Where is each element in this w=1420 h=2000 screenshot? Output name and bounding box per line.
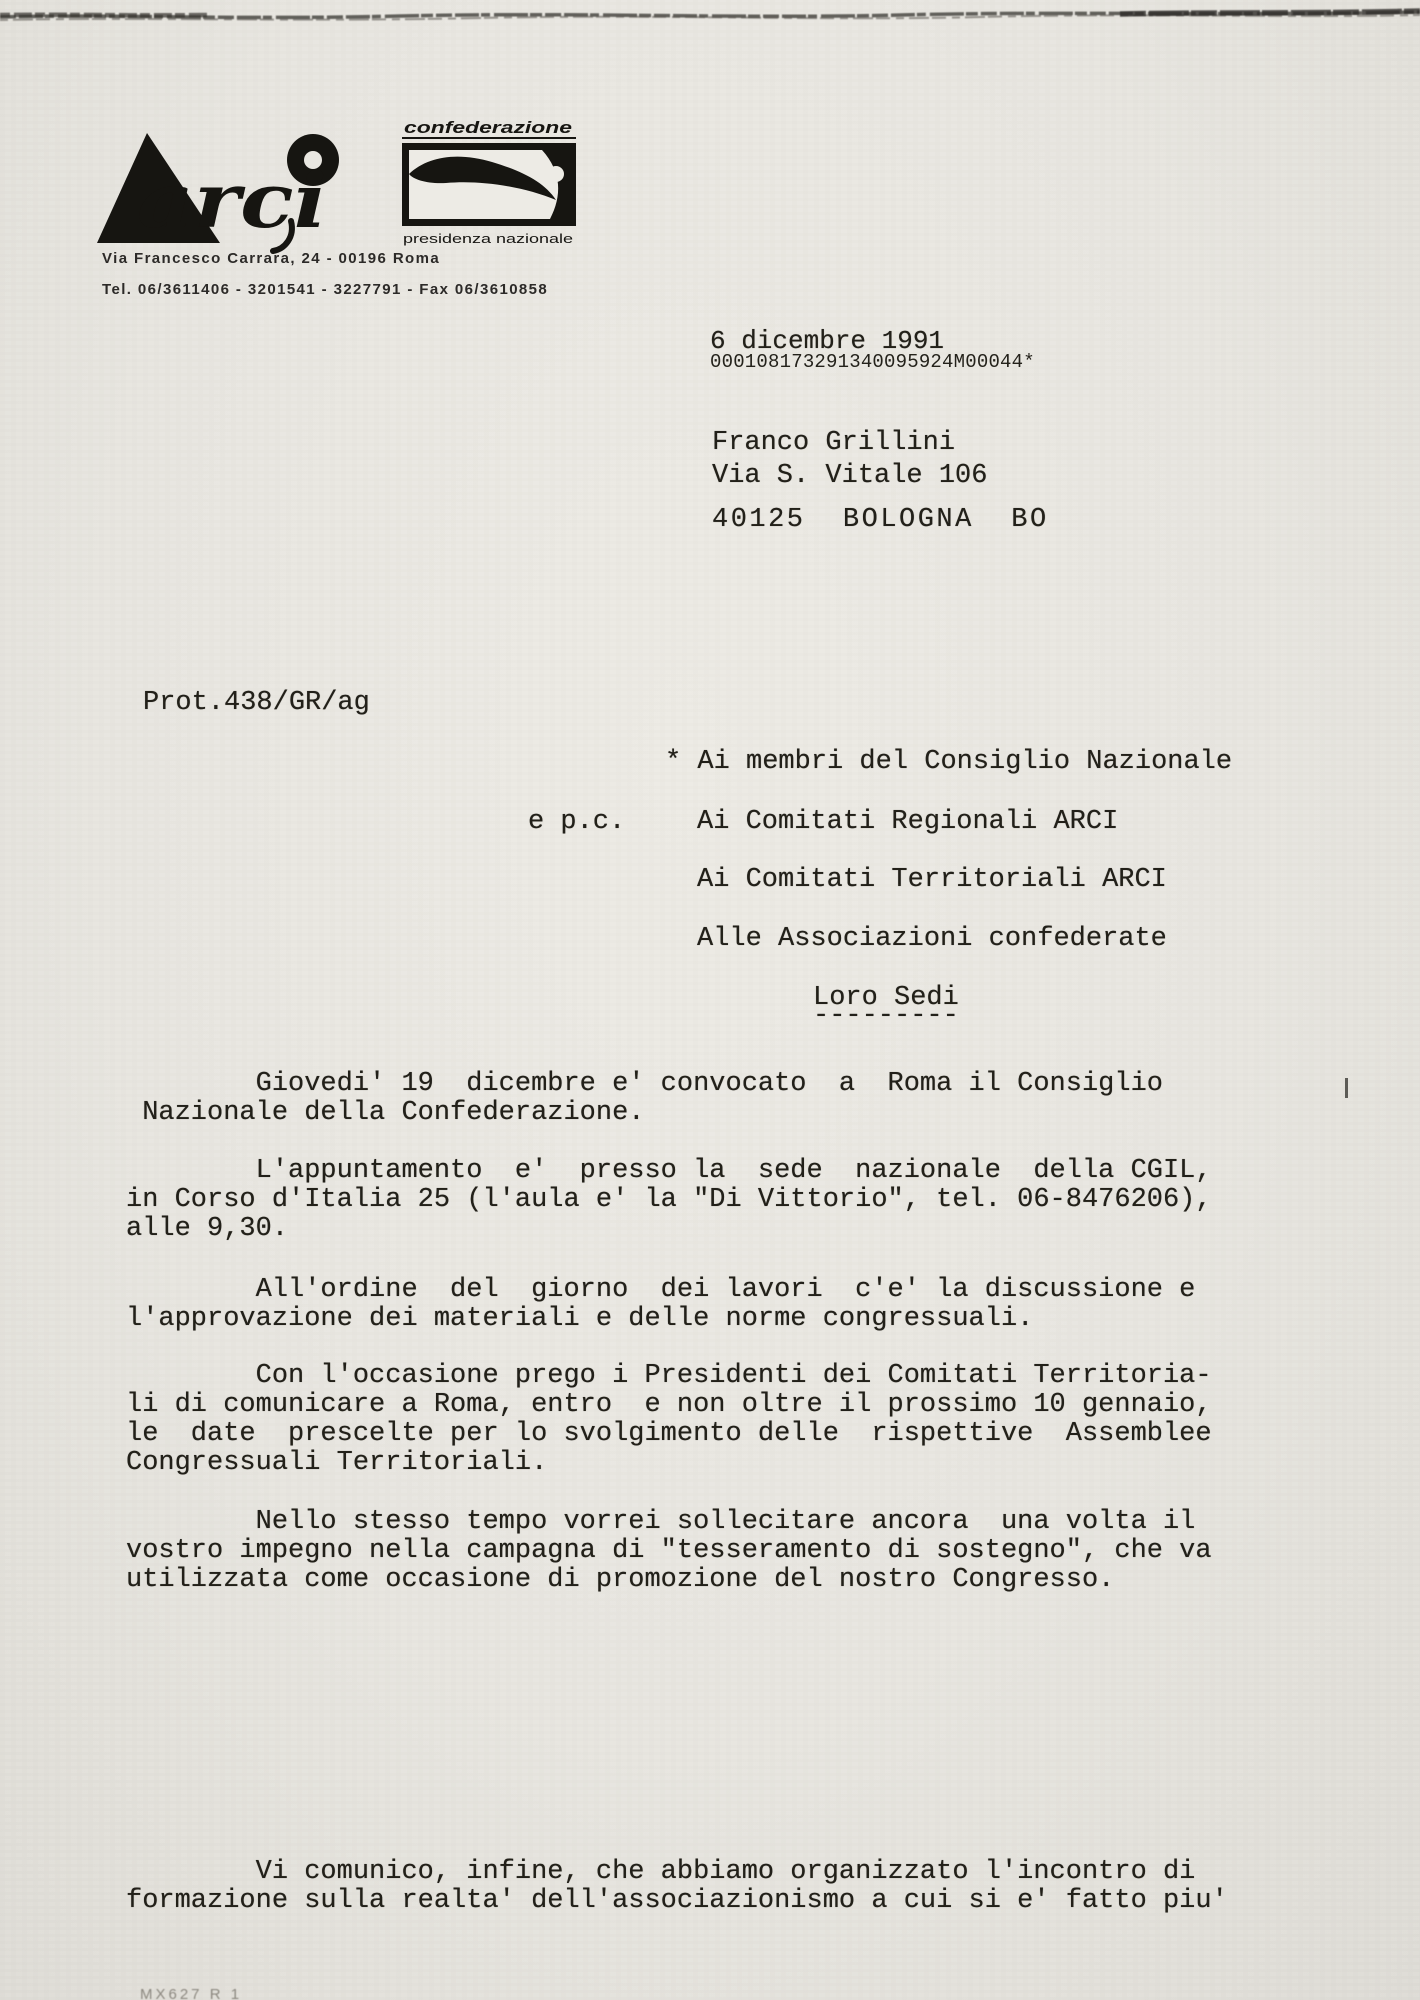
paragraph-4: Con l'occasione prego i Presidenti dei C… bbox=[126, 1362, 1212, 1478]
paragraph-6: Vi comunico, infine, che abbiamo organiz… bbox=[126, 1858, 1228, 1916]
arci-logo: arci bbox=[95, 125, 345, 265]
distribution-epc-label: e p.c. bbox=[528, 808, 625, 837]
footer-print-mark: MX627 R 1 bbox=[140, 1986, 242, 2000]
body-line: formazione sulla realta' dell'associazio… bbox=[126, 1887, 1228, 1916]
body-line: vostro impegno nella campagna di "tesser… bbox=[126, 1537, 1212, 1566]
paragraph-1: Giovedi' 19 dicembre e' convocato a Roma… bbox=[126, 1070, 1163, 1128]
body-line: Con l'occasione prego i Presidenti dei C… bbox=[126, 1362, 1212, 1391]
body-line: Giovedi' 19 dicembre e' convocato a Roma… bbox=[126, 1070, 1163, 1099]
scan-edge-artifact bbox=[0, 0, 1420, 34]
letterhead-address: Via Francesco Carrara, 24 - 00196 Roma bbox=[102, 250, 440, 267]
distribution-loro-sedi-underline: --------- bbox=[813, 1002, 959, 1031]
body-line: alle 9,30. bbox=[126, 1215, 1212, 1244]
confederazione-label: confederazione bbox=[404, 118, 572, 137]
paper-grain-overlay bbox=[0, 0, 1420, 2000]
body-line: li di comunicare a Roma, entro e non olt… bbox=[126, 1391, 1212, 1420]
body-line: All'ordine del giorno dei lavori c'e' la… bbox=[126, 1276, 1195, 1305]
scanned-letter-page: { "letterhead": { "arci_wordmark": "arci… bbox=[0, 0, 1420, 2000]
letterhead-phone-fax: Tel. 06/3611406 - 3201541 - 3227791 - Fa… bbox=[102, 281, 548, 298]
body-line: Vi comunico, infine, che abbiamo organiz… bbox=[126, 1858, 1228, 1887]
recipient-city: 40125 BOLOGNA BO bbox=[712, 506, 1049, 535]
arci-wordmark: arci bbox=[137, 156, 327, 245]
recipient-name: Franco Grillini bbox=[712, 429, 955, 458]
distribution-associazioni: Alle Associazioni confederate bbox=[697, 925, 1167, 954]
scan-tick-mark bbox=[1345, 1078, 1348, 1098]
body-line: L'appuntamento e' presso la sede naziona… bbox=[126, 1157, 1212, 1186]
protocol-number: Prot.438/GR/ag bbox=[143, 689, 370, 718]
distribution-regionali: Ai Comitati Regionali ARCI bbox=[697, 808, 1118, 837]
body-line: Nello stesso tempo vorrei sollecitare an… bbox=[126, 1508, 1212, 1537]
distribution-members: * Ai membri del Consiglio Nazionale bbox=[665, 748, 1232, 777]
body-line: le date prescelte per lo svolgimento del… bbox=[126, 1420, 1212, 1449]
presidenza-nazionale-label: presidenza nazionale bbox=[403, 231, 573, 246]
reference-number: 000108173291340095924M00044* bbox=[710, 351, 1035, 373]
paragraph-2: L'appuntamento e' presso la sede naziona… bbox=[126, 1157, 1212, 1244]
body-line: in Corso d'Italia 25 (l'aula e' la "Di V… bbox=[126, 1186, 1212, 1215]
distribution-territoriali: Ai Comitati Territoriali ARCI bbox=[697, 866, 1167, 895]
body-line: utilizzata come occasione di promozione … bbox=[126, 1566, 1212, 1595]
confederazione-logo: confederazione presidenza nazionale bbox=[400, 116, 580, 248]
body-line: Congressuali Territoriali. bbox=[126, 1449, 1212, 1478]
recipient-street: Via S. Vitale 106 bbox=[712, 462, 987, 491]
body-line: Nazionale della Confederazione. bbox=[126, 1099, 1163, 1128]
paragraph-5: Nello stesso tempo vorrei sollecitare an… bbox=[126, 1508, 1212, 1595]
body-line: l'approvazione dei materiali e delle nor… bbox=[126, 1305, 1195, 1334]
paragraph-3: All'ordine del giorno dei lavori c'e' la… bbox=[126, 1276, 1195, 1334]
